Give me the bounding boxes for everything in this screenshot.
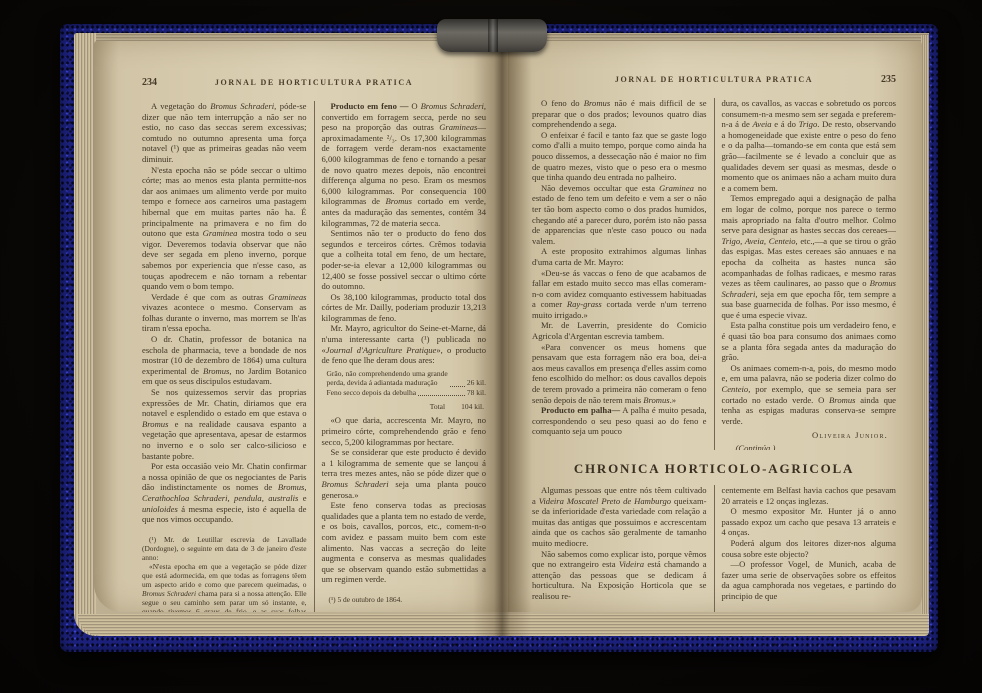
- paragraph: centemente em Belfast havia cachos que p…: [722, 485, 897, 506]
- photo-background: 234 JORNAL DE HORTICULTURA PRATICA A veg…: [0, 0, 982, 693]
- paragraph: «Para convencer os meus homens que pensa…: [532, 342, 707, 406]
- paragraph: A este proposito extrahimos algumas linh…: [532, 246, 707, 267]
- section-column-2: centemente em Belfast havia cachos que p…: [715, 485, 897, 612]
- paragraph: A vegetação do Bromus Schraderi, póde-se…: [142, 101, 307, 165]
- paragraph: Os animaes comem-n-a, pois, do mesmo mod…: [722, 363, 897, 427]
- paragraph: O dr. Chatin, professor de botanica na e…: [142, 334, 307, 387]
- paragraph: dura, os cavallos, as vaccas e sobretudo…: [722, 98, 897, 193]
- page-235-content: JORNAL DE HORTICULTURA PRATICA 235 O fen…: [508, 41, 922, 612]
- author-signature: Oliveira Junior.: [722, 430, 897, 441]
- paragraph: «Deu-se ás vaccas o feno de que acabamos…: [532, 268, 707, 321]
- paragraph: «O que daria, accrescenta Mr. Mayro, no …: [322, 415, 487, 447]
- journal-title: JORNAL DE HORTICULTURA PRATICA: [170, 78, 458, 87]
- column-1: O feno do Bromus não é mais difficil de …: [532, 98, 715, 450]
- page-234: 234 JORNAL DE HORTICULTURA PRATICA A veg…: [94, 41, 508, 612]
- book-holder-clip: [437, 19, 547, 52]
- paragraph: Não devemos occultar que esta Graminea n…: [532, 183, 707, 247]
- paragraph: Este feno conserva todas as preciosas qu…: [322, 500, 487, 585]
- page-header: 234 JORNAL DE HORTICULTURA PRATICA: [142, 77, 486, 88]
- open-spread: 234 JORNAL DE HORTICULTURA PRATICA A veg…: [94, 41, 922, 612]
- column-2: dura, os cavallos, as vaccas e sobretudo…: [715, 98, 897, 450]
- page-header: JORNAL DE HORTICULTURA PRATICA 235: [532, 74, 896, 85]
- page-edges-left: [74, 33, 96, 636]
- page-edges-bottom: [78, 614, 929, 636]
- paragraph: Producto em feno — O Bromus Schraderi, c…: [322, 101, 487, 228]
- paragraph: Producto em palha— A palha é muito pesad…: [532, 405, 707, 437]
- paragraph: Os 38,100 kilogrammas, producto total do…: [322, 292, 487, 324]
- paragraph: Não sabemos como explicar isto, porque v…: [532, 549, 707, 602]
- book-cover: 234 JORNAL DE HORTICULTURA PRATICA A veg…: [60, 24, 938, 652]
- paragraph: Verdade é que com as outras Gramineas vi…: [142, 292, 307, 334]
- section-columns: Algumas pessoas que entre nós têem culti…: [532, 485, 896, 612]
- paragraph: O enfeixar é facil e tanto faz que se ga…: [532, 130, 707, 183]
- page-number: 235: [868, 74, 896, 85]
- paragraph: —O professor Vogel, de Munich, acaba de …: [722, 559, 897, 601]
- paragraph: Por esta occasião veio Mr. Chatin confir…: [142, 461, 307, 525]
- page-234-content: 234 JORNAL DE HORTICULTURA PRATICA A veg…: [94, 41, 508, 612]
- paragraph: Temos empregado aqui a designação de pal…: [722, 193, 897, 320]
- paragraph: N'esta epocha não se póde seccar o ultim…: [142, 165, 307, 292]
- paragraph: Sentimos não ter o producto do feno dos …: [322, 228, 487, 292]
- section-column-1: Algumas pessoas que entre nós têem culti…: [532, 485, 715, 612]
- text-columns: O feno do Bromus não é mais difficil de …: [532, 98, 896, 450]
- journal-title: JORNAL DE HORTICULTURA PRATICA: [560, 75, 868, 84]
- paragraph: Mr. de Laverrin, presidente do Comicio A…: [532, 320, 707, 341]
- page-edges: 234 JORNAL DE HORTICULTURA PRATICA A veg…: [74, 33, 929, 636]
- paragraph: Se se considerar que este producto é dev…: [322, 447, 487, 500]
- footnote: «N'esta epocha em que a vegetação se pód…: [142, 562, 307, 612]
- paragraph: Esta palha constitue pois um verdadeiro …: [722, 320, 897, 362]
- continuation-note: (Continúa.): [722, 443, 897, 450]
- column-1: A vegetação do Bromus Schraderi, póde-se…: [142, 101, 315, 612]
- paragraph: Se nos quizessemos servir das proprias e…: [142, 387, 307, 461]
- page-235: JORNAL DE HORTICULTURA PRATICA 235 O fen…: [508, 41, 922, 612]
- footnote: (¹) Mr. de Leutillar escrevia de Lavalla…: [142, 535, 307, 562]
- paragraph: O feno do Bromus não é mais difficil de …: [532, 98, 707, 130]
- hay-yield-table: Grão, não comprehendendo uma grande perd…: [327, 369, 487, 412]
- text-columns: A vegetação do Bromus Schraderi, póde-se…: [142, 101, 486, 612]
- column-2: Producto em feno — O Bromus Schraderi, c…: [315, 101, 487, 612]
- paragraph: O mesmo expositor Mr. Hunter já o anno p…: [722, 506, 897, 538]
- paragraph: Poderá algum dos leitores dizer-nos algu…: [722, 538, 897, 559]
- section-heading: CHRONICA HORTICOLO-AGRICOLA: [532, 461, 896, 477]
- paragraph: Mr. Mayro, agricultor do Seine-et-Marne,…: [322, 323, 487, 365]
- footnote: (¹) 5 de outubro de 1864.: [322, 595, 487, 604]
- paragraph: Algumas pessoas que entre nós têem culti…: [532, 485, 707, 549]
- page-number: 234: [142, 77, 170, 88]
- page-edges-right: [921, 35, 929, 632]
